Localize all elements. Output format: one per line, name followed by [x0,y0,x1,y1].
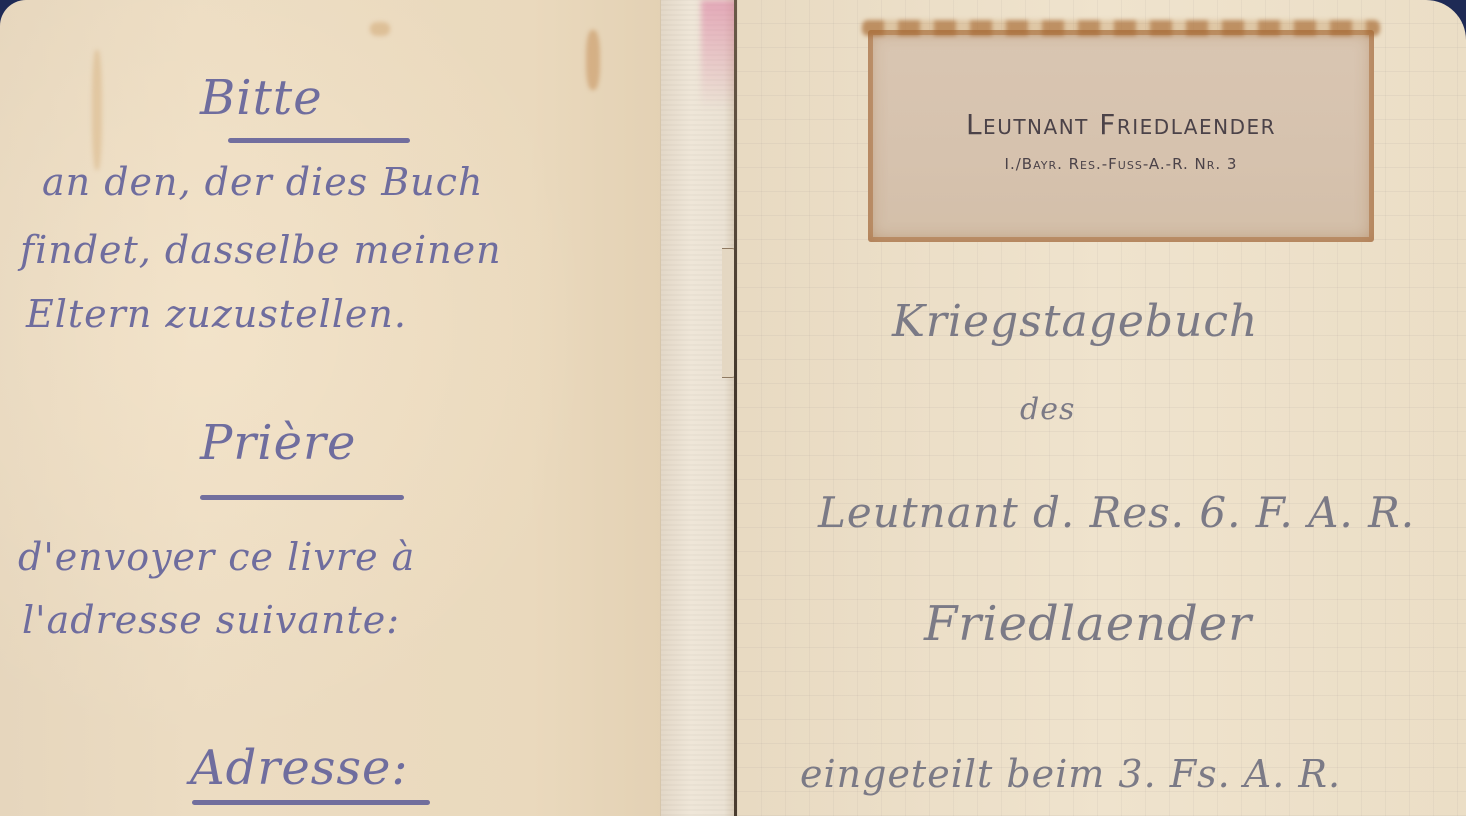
notebook-spread: Bitte an den, der dies Buch findet, dass… [0,0,1466,816]
heading-underline [192,800,430,805]
inscription-title: Kriegstagebuch [892,296,1258,347]
french-line-1: d'envoyer ce livre à [18,535,415,579]
paper-stain [586,30,600,90]
inscription-note: eingeteilt beim 3. Fs. A. R. [800,752,1341,796]
left-page: Bitte an den, der dies Buch findet, dass… [0,0,664,816]
heading-adresse: Adresse: [190,740,409,796]
german-line-3: Eltern zuzustellen. [26,292,407,336]
heading-underline [200,495,404,500]
paper-stain [92,50,102,170]
heading-underline [228,138,410,143]
inscription-rank: Leutnant d. Res. 6. F. A. R. [818,488,1415,537]
label-name: Leutnant Friedlaender [868,108,1374,141]
german-line-1: an den, der dies Buch [42,160,483,204]
paper-stain [370,22,390,36]
name-label: Leutnant Friedlaender I./Bayr. Res.-Fuss… [868,30,1374,242]
signature: Friedlaender [924,596,1252,652]
label-unit: I./Bayr. Res.-Fuss-A.-R. Nr. 3 [868,155,1374,173]
heading-priere: Prière [200,415,356,471]
book-spine [660,0,735,816]
german-line-2: findet, dasselbe meinen [20,228,502,272]
heading-bitte: Bitte [200,70,323,126]
french-line-2: l'adresse suivante: [22,598,400,642]
inscription-of: des [1020,392,1075,427]
